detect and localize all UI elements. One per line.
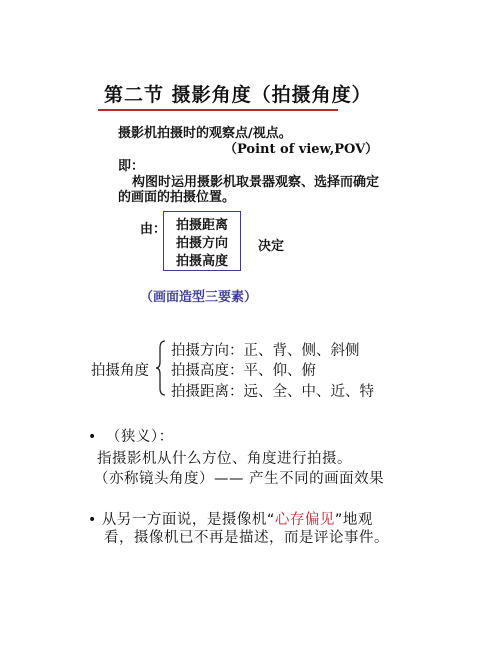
factor-item: 拍摄方向: [176, 232, 228, 251]
bullet-icon: •: [88, 512, 97, 528]
other-view-line-2: 看，摄像机已不再是描述，而是评论事件。: [104, 526, 389, 547]
bullet-icon: •: [88, 429, 97, 445]
factors-suffix: 决定: [258, 235, 284, 254]
tree-root: 拍摄角度: [91, 359, 149, 380]
narrow-sense-line-1: 指摄影机从什么方位、角度进行拍摄。: [97, 447, 352, 468]
factor-item: 拍摄高度: [176, 250, 228, 269]
curly-brace-icon: [155, 340, 167, 396]
title-underline: [98, 109, 338, 111]
tree-branch-direction: 拍摄方向：正、背、侧、斜侧: [171, 339, 360, 360]
narrow-sense-line-2: （亦称镜头角度）—— 产生不同的画面效果: [94, 467, 384, 488]
factors-caption: （画面造型三要素）: [140, 286, 257, 305]
tree-branch-height: 拍摄高度：平、仰、俯: [171, 359, 316, 380]
narrow-sense-label: （狭义）：: [106, 429, 174, 445]
narrow-sense-heading: • （狭义）：: [88, 425, 174, 446]
definition-line-5: 的画面的拍摄位置。: [118, 186, 235, 205]
tree-branch-distance: 拍摄距离：远、全、中、近、特: [171, 380, 374, 401]
definition-pov: （Point of view,POV）: [224, 138, 378, 157]
section-title: 第二节 摄影角度（拍摄角度）: [104, 80, 372, 107]
factor-item: 拍摄距离: [176, 214, 228, 233]
factors-box: 拍摄距离 拍摄方向 拍摄高度: [163, 211, 241, 271]
